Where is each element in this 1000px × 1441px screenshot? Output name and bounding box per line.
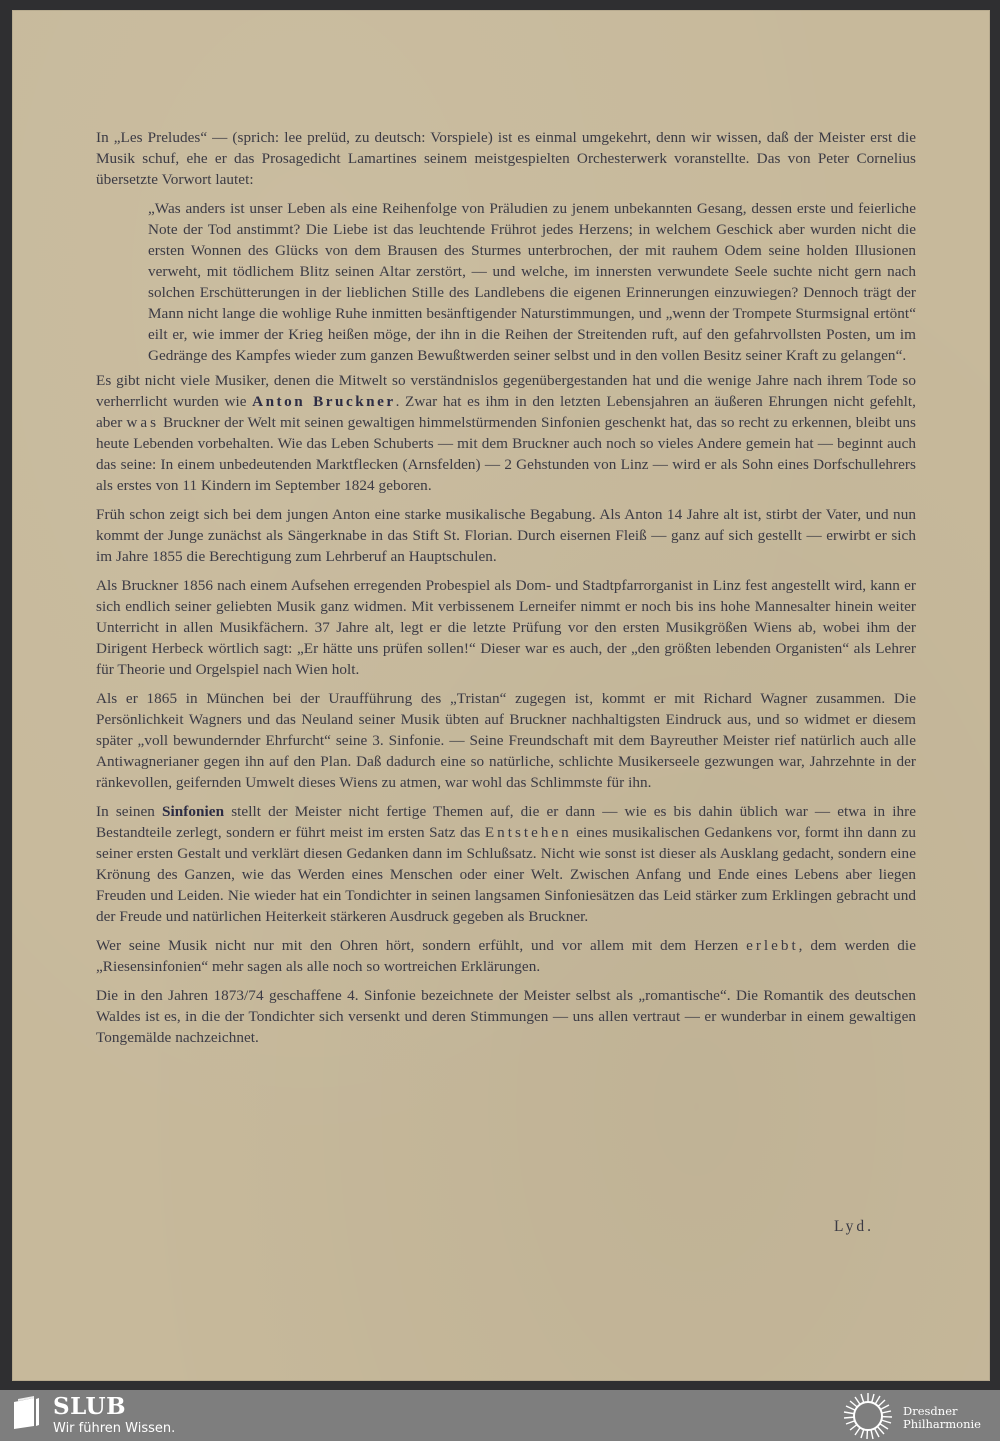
emphasis-entstehen: Entstehen xyxy=(485,824,572,841)
emphasis-anton-bruckner: Anton Bruckner xyxy=(252,393,395,410)
emphasis-sinfonien: Sinfonien xyxy=(162,803,224,820)
text-run: Wer seine Musik nicht nur mit den Ohren … xyxy=(96,937,746,954)
text-run: Bruckner der Welt mit seinen gewaltigen … xyxy=(96,414,916,494)
emphasis-was: was xyxy=(126,414,159,431)
paragraph-vierte-sinfonie: Die in den Jahren 1873/74 geschaffene 4.… xyxy=(96,985,916,1048)
author-signature: Lyd. xyxy=(834,1218,874,1236)
document-viewer: In „Les Preludes“ — (sprich: lee prelüd,… xyxy=(0,0,1000,1390)
emphasis-erlebt: erlebt xyxy=(746,937,799,954)
slub-wordmark[interactable]: SLUB xyxy=(53,1394,126,1420)
phil-line2: Philharmonie xyxy=(903,1418,981,1431)
dresdner-philharmonie-wordmark[interactable]: Dresdner Philharmonie xyxy=(903,1405,981,1431)
paragraph-linz: Als Bruckner 1856 nach einem Aufsehen er… xyxy=(96,575,916,680)
book-pages-icon[interactable] xyxy=(12,1396,42,1430)
paragraph-les-preludes: In „Les Preludes“ — (sprich: lee prelüd,… xyxy=(96,127,916,190)
paragraph-bruckner-intro: Es gibt nicht viele Musiker, denen die M… xyxy=(96,370,916,496)
footer-bar: SLUB Wir führen Wissen. xyxy=(0,1390,1000,1441)
paragraph-wagner: Als er 1865 in München bei der Uraufführ… xyxy=(96,688,916,793)
scanned-page: In „Les Preludes“ — (sprich: lee prelüd,… xyxy=(12,10,990,1381)
sunburst-ring-icon[interactable] xyxy=(842,1392,894,1440)
slub-tagline: Wir führen Wissen. xyxy=(53,1421,175,1437)
text-run: In seinen xyxy=(96,803,162,820)
paragraph-erleben: Wer seine Musik nicht nur mit den Ohren … xyxy=(96,935,916,977)
paragraph-youth: Früh schon zeigt sich bei dem jungen Ant… xyxy=(96,504,916,567)
paragraph-sinfonien: In seinen Sinfonien stellt der Meister n… xyxy=(96,801,916,927)
article-body: In „Les Preludes“ — (sprich: lee prelüd,… xyxy=(96,127,916,1056)
quote-vorwort: „Was anders ist unser Leben als eine Rei… xyxy=(96,198,916,366)
